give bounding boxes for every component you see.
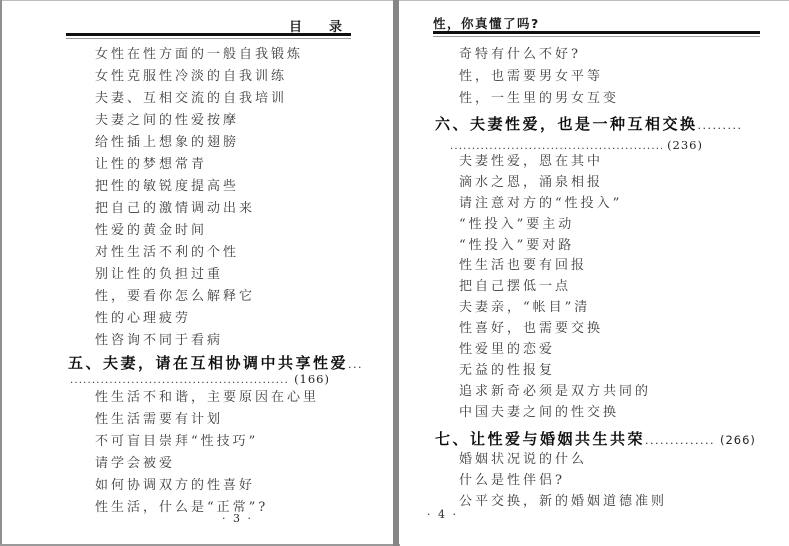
toc-item: 把性的敏锐度提高些	[95, 176, 387, 198]
toc-item: 夫妻、互相交流的自我培训	[95, 88, 387, 110]
toc-item: 给性插上想象的翅膀	[95, 132, 387, 154]
toc-item: 滴水之恩，涌泉相报	[459, 173, 785, 194]
leader-dots: ........................................…	[450, 141, 662, 152]
toc-list-right-middle: 夫妻性爱，恩在其中 滴水之恩，涌泉相报 请注意对方的“性投入” “性投入”要主动…	[459, 152, 785, 424]
toc-section-5-heading: 五、夫妻，请在互相协调中共享性爱 ...	[68, 352, 389, 373]
toc-list-right-top: 奇特有什么不好? 性，也需要男女平等 性，一生里的男女互变	[459, 44, 783, 110]
toc-item: “性投入”要主动	[459, 215, 785, 236]
thin-rule	[66, 38, 351, 39]
left-page: 目 录 女性在性方面的一般自我锻炼 女性克服性冷淡的自我训练 夫妻、互相交流的自…	[2, 0, 393, 546]
toc-item: 婚姻状况说的什么	[459, 449, 783, 470]
right-running-head: 性，你真懂了吗?	[433, 14, 540, 32]
section-leader-dots: ..............	[645, 434, 715, 447]
toc-item: 性生活需要有计划	[95, 409, 387, 431]
toc-item: 夫妻性爱，恩在其中	[459, 152, 785, 173]
toc-section-6-heading: 六、夫妻性爱，也是一种互相交换 .........	[435, 113, 785, 134]
section-title: 七、让性爱与婚姻共生共荣	[435, 428, 645, 449]
toc-item: 女性在性方面的一般自我锻炼	[95, 44, 387, 66]
toc-item: 奇特有什么不好?	[459, 44, 783, 66]
toc-section-7-heading: 七、让性爱与婚姻共生共荣 .............. (266)	[435, 428, 785, 449]
toc-item: 无益的性报复	[459, 361, 785, 382]
toc-leader-row-5: ........................................…	[70, 372, 330, 386]
section-page-number: (166)	[294, 372, 330, 386]
toc-item: 性爱的黄金时间	[95, 220, 387, 242]
toc-item: “性投入”要对路	[459, 236, 785, 257]
right-page-folio: · 4 ·	[427, 508, 458, 521]
thick-rule	[66, 33, 351, 36]
toc-item: 性，一生里的男女互变	[459, 88, 783, 110]
book-scan-spread: 目 录 女性在性方面的一般自我锻炼 女性克服性冷淡的自我训练 夫妻、互相交流的自…	[0, 0, 789, 546]
section-page-number: (266)	[720, 433, 756, 447]
toc-item: 性，也需要男女平等	[459, 66, 783, 88]
thin-rule	[433, 36, 760, 37]
toc-item: 性咨询不同于看病	[95, 330, 387, 352]
toc-item: 性爱里的恋爱	[459, 340, 785, 361]
toc-item: 对性生活不利的个性	[95, 242, 387, 264]
right-header-rule	[433, 31, 760, 37]
section-page-number: (236)	[667, 138, 703, 152]
toc-item: 性，要看你怎么解释它	[95, 286, 387, 308]
section-leader-dots: ...	[348, 358, 363, 371]
right-page: 性，你真懂了吗? 奇特有什么不好? 性，也需要男女平等 性，一生里的男女互变 六…	[399, 0, 789, 546]
section-title: 六、夫妻性爱，也是一种互相交换	[435, 113, 698, 134]
toc-item: 性生活不和谐，主要原因在心里	[95, 387, 387, 409]
left-header-rule	[66, 33, 351, 39]
toc-item: 把自己摆低一点	[459, 277, 785, 298]
toc-list-right-bottom: 婚姻状况说的什么 什么是性伴侣? 公平交换，新的婚姻道德准则	[459, 449, 783, 512]
toc-item: 如何协调双方的性喜好	[95, 475, 387, 497]
toc-item: 请学会被爱	[95, 453, 387, 475]
toc-list-left-top: 女性在性方面的一般自我锻炼 女性克服性冷淡的自我训练 夫妻、互相交流的自我培训 …	[95, 44, 387, 352]
section-leader-dots: .........	[698, 119, 743, 132]
toc-item: 追求新奇必须是双方共同的	[459, 382, 785, 403]
toc-item: 女性克服性冷淡的自我训练	[95, 66, 387, 88]
toc-item: 让性的梦想常青	[95, 154, 387, 176]
thick-rule	[433, 31, 760, 34]
leader-dots: ........................................…	[70, 375, 289, 386]
toc-item: 夫妻之间的性爱按摩	[95, 110, 387, 132]
toc-item: 性喜好，也需要交换	[459, 319, 785, 340]
toc-item: 夫妻亲，“帐目”清	[459, 298, 785, 319]
toc-item: 中国夫妻之间的性交换	[459, 403, 785, 424]
toc-item: 不可盲目崇拜“性技巧”	[95, 431, 387, 453]
toc-item: 请注意对方的“性投入”	[459, 194, 785, 215]
toc-item: 公平交换，新的婚姻道德准则	[459, 491, 783, 512]
section-title: 五、夫妻，请在互相协调中共享性爱	[68, 352, 348, 373]
toc-leader-row-6: ........................................…	[450, 138, 703, 152]
toc-item: 把自己的激情调动出来	[95, 198, 387, 220]
toc-item: 什么是性伴侣?	[459, 470, 783, 491]
toc-item: 别让性的负担过重	[95, 264, 387, 286]
toc-item: 性生活也要有回报	[459, 256, 785, 277]
toc-item: 性的心理疲劳	[95, 308, 387, 330]
left-page-folio: · 3 ·	[95, 512, 380, 525]
toc-list-left-bottom: 性生活不和谐，主要原因在心里 性生活需要有计划 不可盲目崇拜“性技巧” 请学会被…	[95, 387, 387, 519]
